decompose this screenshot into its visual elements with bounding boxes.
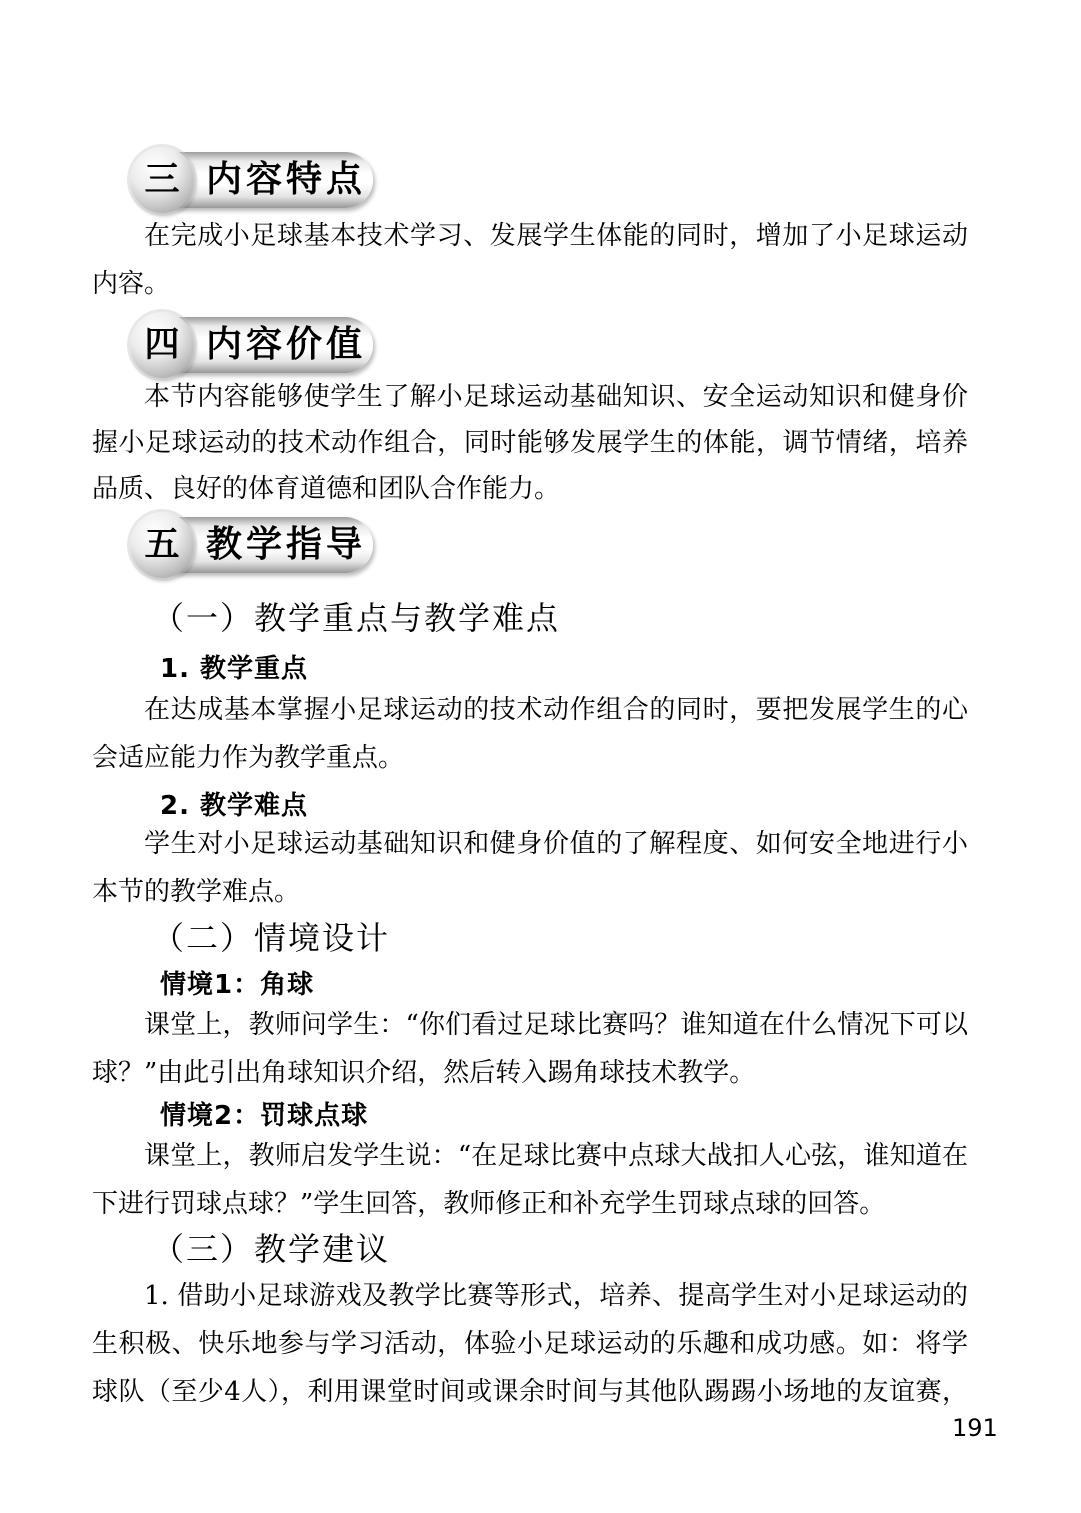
- paragraph-situation-1: 课堂上，教师问学生：“你们看过足球比赛吗？谁知道在什么情况下可以踢角球？”由此引…: [92, 1001, 968, 1097]
- section-number: 五: [130, 526, 194, 564]
- paragraph-line: 生积极、快乐地参与学习活动，体验小足球运动的乐趣和成功感。如：将学生组成小足: [92, 1320, 968, 1368]
- heading-situation-design: （二）情境设计: [92, 913, 968, 959]
- section-badge-3: 内容特点 三: [130, 147, 373, 213]
- paragraph-teaching-difficulty: 学生对小足球运动基础知识和健身价值的了解程度、如何安全地进行小足球运动是本节的教…: [92, 820, 968, 916]
- paragraph-line: 本节的教学难点。: [92, 868, 968, 916]
- paragraph-line: 课堂上，教师启发学生说：“在足球比赛中点球大战扣人心弦，谁知道在什么情况: [92, 1132, 968, 1180]
- paragraph-line: 品质、良好的体育道德和团队合作能力。: [92, 466, 968, 512]
- paragraph-line: 下进行罚球点球？”学生回答，教师修正和补充学生罚球点球的回答。: [92, 1180, 968, 1228]
- paragraph-line: 在达成基本掌握小足球运动的技术动作组合的同时，要把发展学生的心理健康与社: [92, 686, 968, 734]
- section-number: 三: [130, 161, 194, 199]
- section-title: 内容价值: [206, 317, 366, 373]
- paragraph-content-value: 本节内容能够使学生了解小足球运动基础知识、安全运动知识和健身价值，基本掌握小足球…: [92, 374, 968, 512]
- section-badge-4: 内容价值 四: [130, 312, 373, 378]
- paragraph-line: 学生对小足球运动基础知识和健身价值的了解程度、如何安全地进行小足球运动是: [92, 820, 968, 868]
- page-number: 191: [952, 1414, 998, 1442]
- paragraph-situation-2: 课堂上，教师启发学生说：“在足球比赛中点球大战扣人心弦，谁知道在什么情况下进行罚…: [92, 1132, 968, 1228]
- paragraph-line: 本节内容能够使学生了解小足球运动基础知识、安全运动知识和健身价值，基本掌: [92, 374, 968, 420]
- paragraph-content-features: 在完成小足球基本技术学习、发展学生体能的同时，增加了小足球运动基础知识的内容。: [92, 212, 968, 308]
- section-title: 内容特点: [206, 152, 366, 208]
- badge-number-ball: 五: [130, 512, 194, 578]
- paragraph-line: 握小足球运动的技术动作组合，同时能够发展学生的体能，调节情绪，培养坚强的意志: [92, 420, 968, 466]
- subheading-teaching-focus: 1. 教学重点: [92, 648, 968, 685]
- badge-number-ball: 四: [130, 312, 194, 378]
- section-number: 四: [130, 326, 194, 364]
- paragraph-line: 1. 借助小足球游戏及教学比赛等形式，培养、提高学生对小足球运动的兴趣，使学: [92, 1272, 968, 1320]
- section-title: 教学指导: [206, 517, 366, 573]
- subheading-situation-2: 情境2：罚球点球: [92, 1095, 968, 1132]
- heading-key-points: （一）教学重点与教学难点: [92, 593, 968, 639]
- paragraph-line: 球？”由此引出角球知识介绍，然后转入踢角球技术教学。: [92, 1049, 968, 1097]
- paragraph-teaching-suggestions: 1. 借助小足球游戏及教学比赛等形式，培养、提高学生对小足球运动的兴趣，使学生积…: [92, 1272, 968, 1416]
- subheading-teaching-difficulty: 2. 教学难点: [92, 785, 968, 822]
- paragraph-line: 球队（至少4人），利用课堂时间或课余时间与其他队踢踢小场地的友谊赛，可在规定时: [92, 1368, 968, 1416]
- paragraph-line: 会适应能力作为教学重点。: [92, 734, 968, 782]
- textbook-page: 内容特点 三 在完成小足球基本技术学习、发展学生体能的同时，增加了小足球运动基础…: [0, 0, 1081, 1513]
- section-badge-5: 教学指导 五: [130, 512, 373, 578]
- paragraph-line: 在完成小足球基本技术学习、发展学生体能的同时，增加了小足球运动基础知识的: [92, 212, 968, 260]
- badge-number-ball: 三: [130, 147, 194, 213]
- subheading-situation-1: 情境1：角球: [92, 964, 968, 1001]
- heading-teaching-suggestions: （三）教学建议: [92, 1224, 968, 1270]
- paragraph-line: 课堂上，教师问学生：“你们看过足球比赛吗？谁知道在什么情况下可以踢角: [92, 1001, 968, 1049]
- paragraph-line: 内容。: [92, 260, 968, 308]
- paragraph-teaching-focus: 在达成基本掌握小足球运动的技术动作组合的同时，要把发展学生的心理健康与社会适应能…: [92, 686, 968, 782]
